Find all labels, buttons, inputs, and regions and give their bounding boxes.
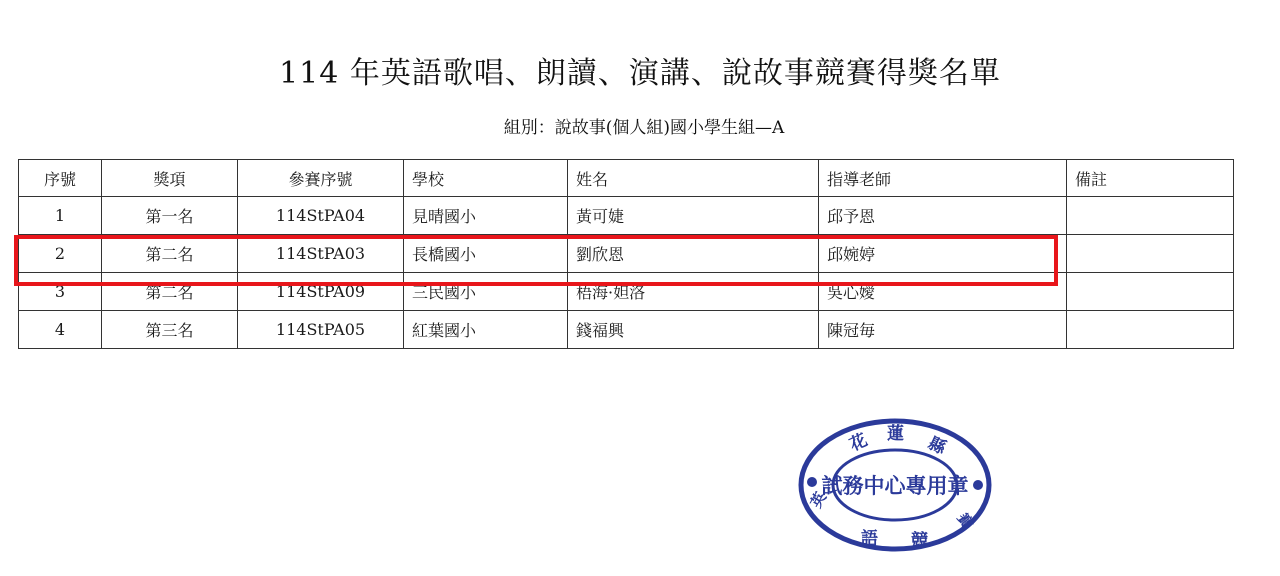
header-name: 姓名: [568, 160, 819, 197]
header-award: 獎項: [102, 160, 238, 197]
cell-award: 第三名: [102, 311, 238, 349]
cell-note: [1067, 273, 1234, 311]
cell-name: 黃可婕: [568, 197, 819, 235]
cell-teacher: 吳心嬡: [819, 273, 1067, 311]
stamp-char: 蓮: [887, 423, 904, 444]
stamp-char: 語: [861, 528, 878, 549]
header-school: 學校: [404, 160, 568, 197]
plum-blossom-icon: [973, 480, 983, 490]
header-teacher: 指導老師: [819, 160, 1067, 197]
cell-note: [1067, 311, 1234, 349]
group-label: 組別：說故事(個人組)國小學生組—A: [0, 113, 1280, 138]
header-entry-id: 參賽序號: [238, 160, 404, 197]
official-stamp: 花 蓮 縣 賽 競 語 英 試務中心專用章: [797, 417, 993, 553]
stamp-inner-text: 試務中心專用章: [822, 473, 969, 498]
table-row: 3 第二名 114StPA09 三民國小 梧海·妲洛 吳心嬡: [19, 273, 1234, 311]
header-note: 備註: [1067, 160, 1234, 197]
cell-entry-id: 114StPA03: [238, 235, 404, 273]
table-header-row: 序號 獎項 參賽序號 學校 姓名 指導老師 備註: [19, 160, 1234, 197]
cell-note: [1067, 197, 1234, 235]
cell-name: 錢福興: [568, 311, 819, 349]
cell-name: 劉欣恩: [568, 235, 819, 273]
stamp-char: 競: [911, 530, 928, 551]
stamp-char: 花: [846, 430, 871, 456]
header-no: 序號: [19, 160, 102, 197]
cell-no: 1: [19, 197, 102, 235]
stamp-char: 賽: [954, 510, 978, 533]
cell-teacher: 邱予恩: [819, 197, 1067, 235]
table-row: 1 第一名 114StPA04 見晴國小 黃可婕 邱予恩: [19, 197, 1234, 235]
cell-award: 第二名: [102, 273, 238, 311]
document-title: 114 年英語歌唱、朗讀、演講、說故事競賽得獎名單: [0, 48, 1280, 92]
cell-no: 3: [19, 273, 102, 311]
table-row: 4 第三名 114StPA05 紅葉國小 錢福興 陳冠毎: [19, 311, 1234, 349]
cell-award: 第二名: [102, 235, 238, 273]
cell-no: 2: [19, 235, 102, 273]
cell-school: 紅葉國小: [404, 311, 568, 349]
cell-note: [1067, 235, 1234, 273]
awards-table: 序號 獎項 參賽序號 學校 姓名 指導老師 備註 1 第一名 114StPA04…: [18, 159, 1234, 349]
table-row-highlighted: 2 第二名 114StPA03 長橋國小 劉欣恩 邱婉婷: [19, 235, 1234, 273]
cell-award: 第一名: [102, 197, 238, 235]
cell-school: 三民國小: [404, 273, 568, 311]
cell-teacher: 陳冠毎: [819, 311, 1067, 349]
cell-name: 梧海·妲洛: [568, 273, 819, 311]
cell-teacher: 邱婉婷: [819, 235, 1067, 273]
cell-school: 見晴國小: [404, 197, 568, 235]
cell-entry-id: 114StPA05: [238, 311, 404, 349]
cell-entry-id: 114StPA04: [238, 197, 404, 235]
plum-blossom-icon: [807, 477, 817, 487]
cell-entry-id: 114StPA09: [238, 273, 404, 311]
cell-no: 4: [19, 311, 102, 349]
cell-school: 長橋國小: [404, 235, 568, 273]
